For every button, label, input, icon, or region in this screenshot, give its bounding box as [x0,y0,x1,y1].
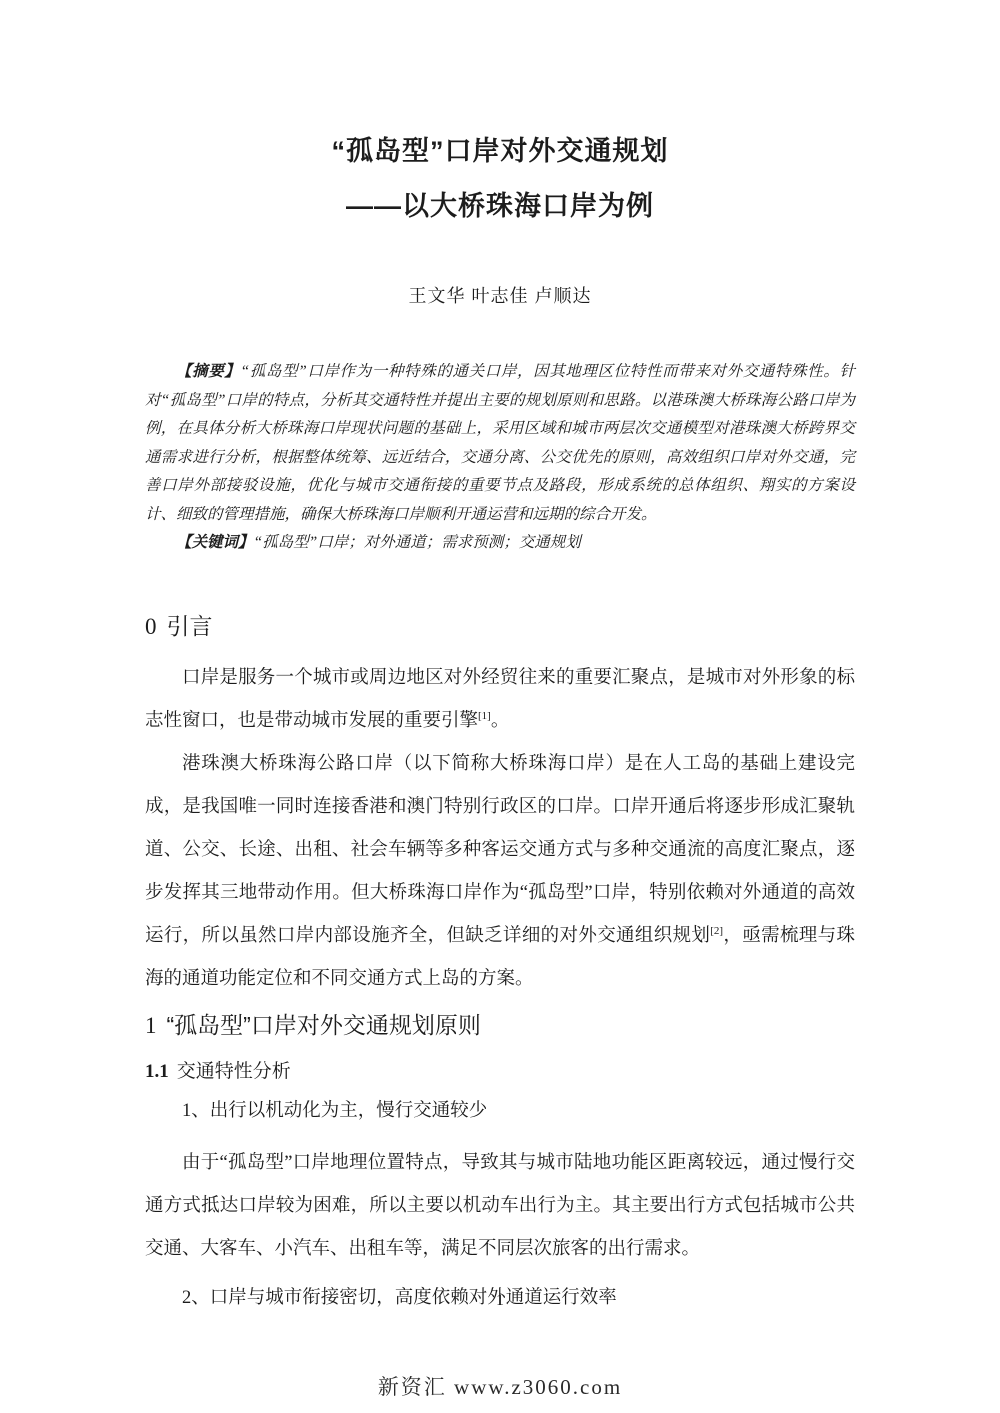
feature-item-1: 1、出行以机动化为主，慢行交通较少 [145,1096,855,1126]
section-1-heading: 1“孤岛型”口岸对外交通规划原则 [145,1011,855,1040]
section-1-1-number: 1.1 [145,1061,169,1082]
abstract-paragraph: 【摘要】“孤岛型”口岸作为一种特殊的通关口岸，因其地理区位特性而带来对外交通特殊… [145,358,855,529]
citation-ref-1: [1] [478,709,491,721]
section-1-title: “孤岛型”口岸对外交通规划原则 [167,1012,481,1038]
section-1-1-title: 交通特性分析 [177,1061,291,1082]
section-1-1-heading: 1.1交通特性分析 [145,1060,855,1084]
abstract-block: 【摘要】“孤岛型”口岸作为一种特殊的通关口岸，因其地理区位特性而带来对外交通特殊… [145,358,855,558]
intro-paragraph-2: 港珠澳大桥珠海公路口岸（以下简称大桥珠海口岸）是在人工岛的基础上建设完成，是我国… [145,743,855,1001]
page-number: 1 [0,1292,1000,1310]
intro-paragraph-2-text: 港珠澳大桥珠海公路口岸（以下简称大桥珠海口岸）是在人工岛的基础上建设完成，是我国… [145,754,855,946]
citation-ref-2: [2] [710,924,723,936]
watermark-footer: 新资汇 www.z3060.com [0,1371,1000,1401]
paper-subtitle: ——以大桥珠海口岸为例 [145,190,855,223]
intro-paragraph-1-tail: 。 [491,711,510,731]
keywords-paragraph: 【关键词】“孤岛型”口岸；对外通道；需求预测；交通规划 [145,529,855,558]
keywords-label: 【关键词】 [176,534,254,551]
document-page: “孤岛型”口岸对外交通规划 ——以大桥珠海口岸为例 王文华 叶志佳 卢顺达 【摘… [0,0,1000,1413]
section-1-number: 1 [145,1013,157,1038]
keywords-text: “孤岛型”口岸；对外通道；需求预测；交通规划 [254,534,581,551]
document-content: “孤岛型”口岸对外交通规划 ——以大桥珠海口岸为例 王文华 叶志佳 卢顺达 【摘… [0,0,1000,1313]
section-0-heading: 0引言 [145,612,855,641]
abstract-text: “孤岛型”口岸作为一种特殊的通关口岸，因其地理区位特性而带来对外交通特殊性。针对… [145,363,855,523]
abstract-label: 【摘要】 [176,363,241,380]
paper-title: “孤岛型”口岸对外交通规划 [145,0,855,168]
section-0-number: 0 [145,614,157,639]
section-0-title: 引言 [167,613,213,639]
feature-paragraph-1: 由于“孤岛型”口岸地理位置特点，导致其与城市陆地功能区距离较远，通过慢行交通方式… [145,1142,855,1271]
authors-line: 王文华 叶志佳 卢顺达 [145,285,855,307]
intro-paragraph-1: 口岸是服务一个城市或周边地区对外经贸往来的重要汇聚点，是城市对外形象的标志性窗口… [145,657,855,743]
